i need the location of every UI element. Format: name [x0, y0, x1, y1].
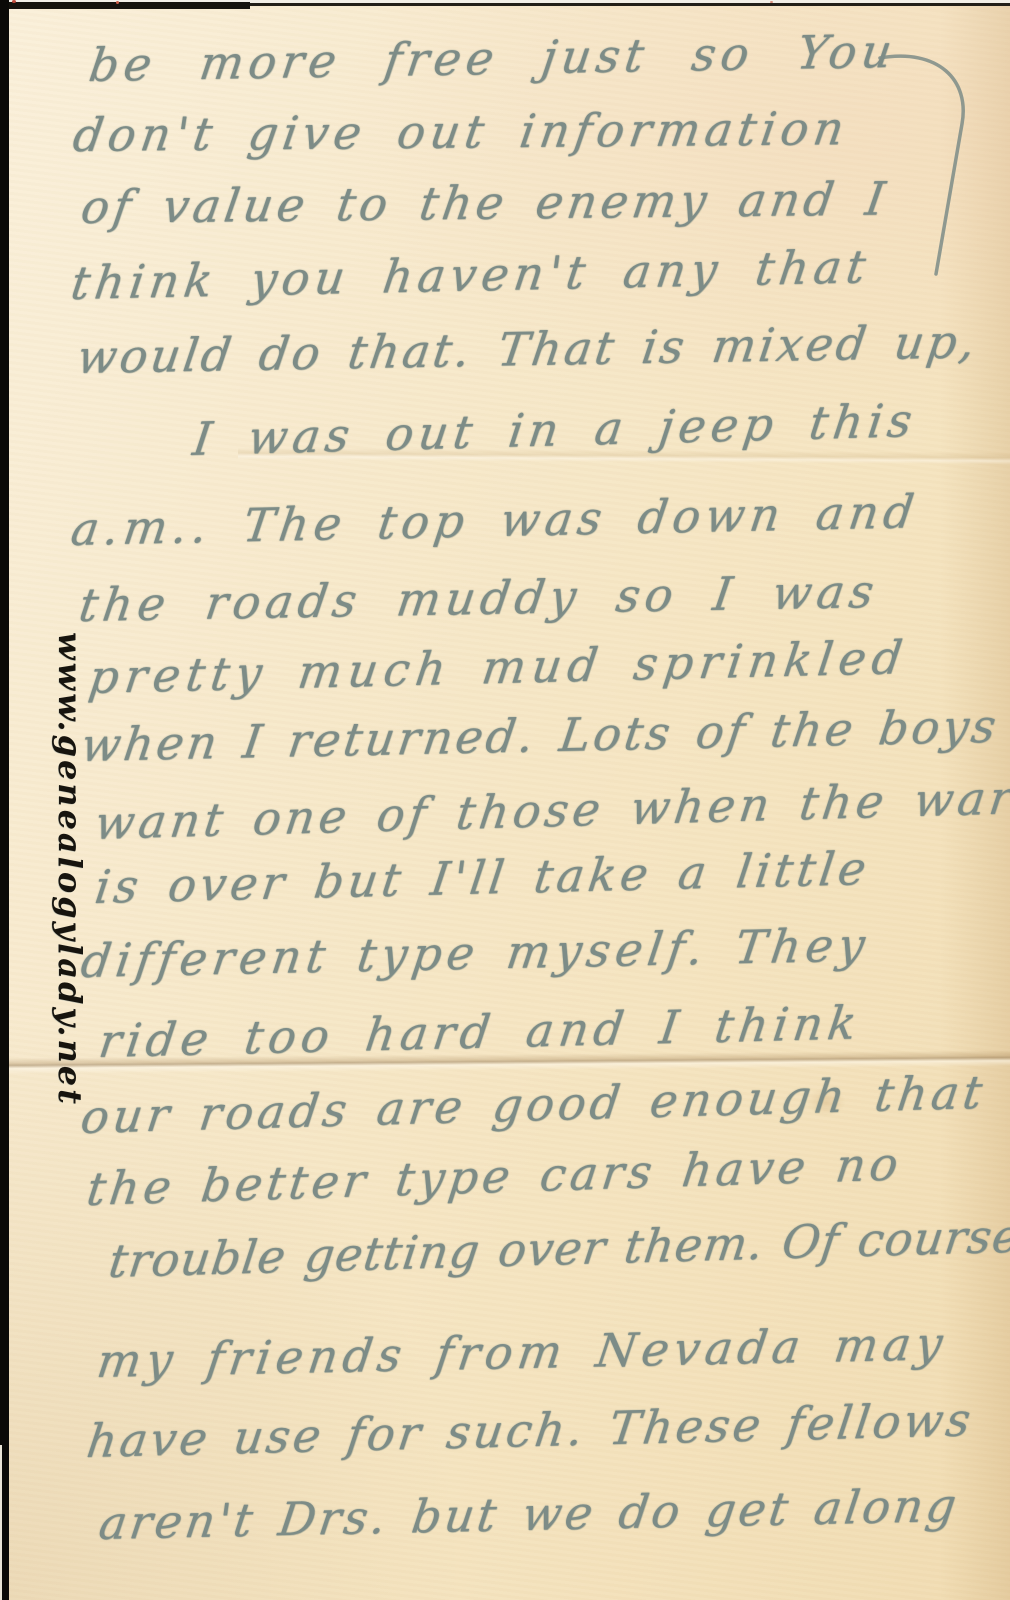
scan-speck	[12, 0, 16, 3]
handwritten-line: when I returned. Lots of the boys	[78, 701, 1002, 771]
handwritten-line: different type myself. They	[78, 920, 873, 987]
letter-scan: be more free just so You don't give out …	[0, 0, 1010, 1600]
handwritten-line: the better type cars have no	[84, 1139, 905, 1215]
watermark: www.genealogylady.net	[28, 632, 86, 1048]
handwritten-line: be more free just so You	[86, 26, 900, 91]
handwritten-line: think you haven't any that	[68, 241, 874, 308]
handwritten-line: my friends from Nevada may	[94, 1318, 950, 1386]
handwritten-line: have use for such. These fellows	[84, 1394, 976, 1466]
scanner-edge-left	[0, 0, 9, 1600]
handwritten-line: want one of those when the war	[92, 772, 1010, 848]
letter-paper: be more free just so You don't give out …	[8, 6, 1010, 1600]
handwritten-line: pretty much mud sprinkled	[86, 632, 911, 703]
handwritten-line: a.m.. The top was down and	[68, 486, 922, 554]
handwritten-line: would do that. That is mixed up,	[74, 316, 981, 382]
scanner-edge-left-sliver	[0, 1445, 2, 1600]
handwritten-line: don't give out information	[70, 103, 852, 160]
handwritten-line: the roads muddy so I was	[76, 566, 882, 630]
scanner-edge-top-left	[0, 2, 250, 9]
handwritten-line: of value to the enemy and I	[78, 174, 892, 233]
scan-speck	[770, 1, 773, 3]
scan-speck	[116, 1, 119, 4]
handwritten-line: our roads are good enough that	[78, 1067, 989, 1143]
handwritten-line: is over but I'll take a little	[92, 843, 873, 912]
handwritten-line: trouble getting over them. Of course	[106, 1211, 1010, 1287]
handwritten-line: aren't Drs. but we do get along	[96, 1480, 962, 1549]
